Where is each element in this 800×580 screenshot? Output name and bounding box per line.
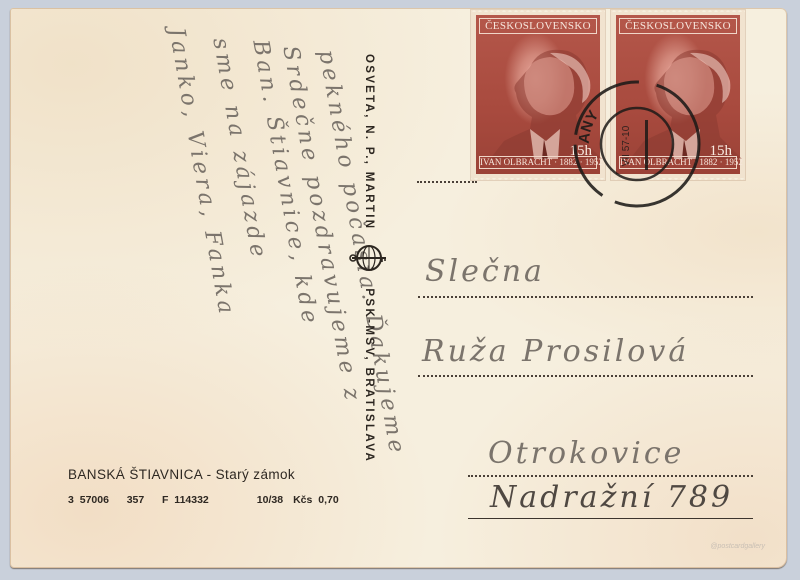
caption-codes: 3 57006 357 F 11433210/38Kčs 0,70 (68, 494, 339, 506)
stamp-country: ČESKOSLOVENSKO (479, 18, 597, 34)
postmark-date: VII 57-10 (621, 125, 632, 166)
globe-key-icon (349, 238, 389, 278)
watermark: @postcardgallery (710, 543, 765, 550)
address-salutation: Slečna (425, 254, 545, 289)
series-number: 10/38 (257, 494, 283, 506)
postmark-icon: ANY VII 57-10 (567, 74, 707, 214)
address-line-divider (417, 181, 477, 183)
caption: BANSKÁ ŠTIAVNICA - Starý zámok 3 57006 3… (68, 467, 339, 506)
svg-text:ANY: ANY (576, 108, 603, 145)
address-line-divider (468, 475, 753, 477)
imprint-publisher: OSVETA, N. P., MARTIN (363, 54, 375, 230)
address-line-divider (468, 518, 753, 519)
publisher-imprint: OSVETA, N. P., MARTIN PSK-MSV, BRATISLAV… (349, 54, 389, 463)
stamp-country: ČESKOSLOVENSKO (619, 18, 737, 34)
address-name: Ruža Prosilová (422, 334, 689, 369)
address-line-divider (418, 375, 753, 377)
caption-title: BANSKÁ ŠTIAVNICA - Starý zámok (68, 467, 339, 482)
address-city: Otrokovice (488, 436, 684, 471)
price: Kčs 0,70 (293, 494, 339, 506)
address-line-divider (418, 296, 753, 298)
postmark-town: ANY (576, 108, 603, 145)
imprint-printer: PSK-MSV, BRATISLAVA (363, 288, 375, 463)
address-street: Nadražní 789 (490, 480, 733, 515)
catalog-codes: 3 57006 357 F 114332 (68, 494, 209, 506)
